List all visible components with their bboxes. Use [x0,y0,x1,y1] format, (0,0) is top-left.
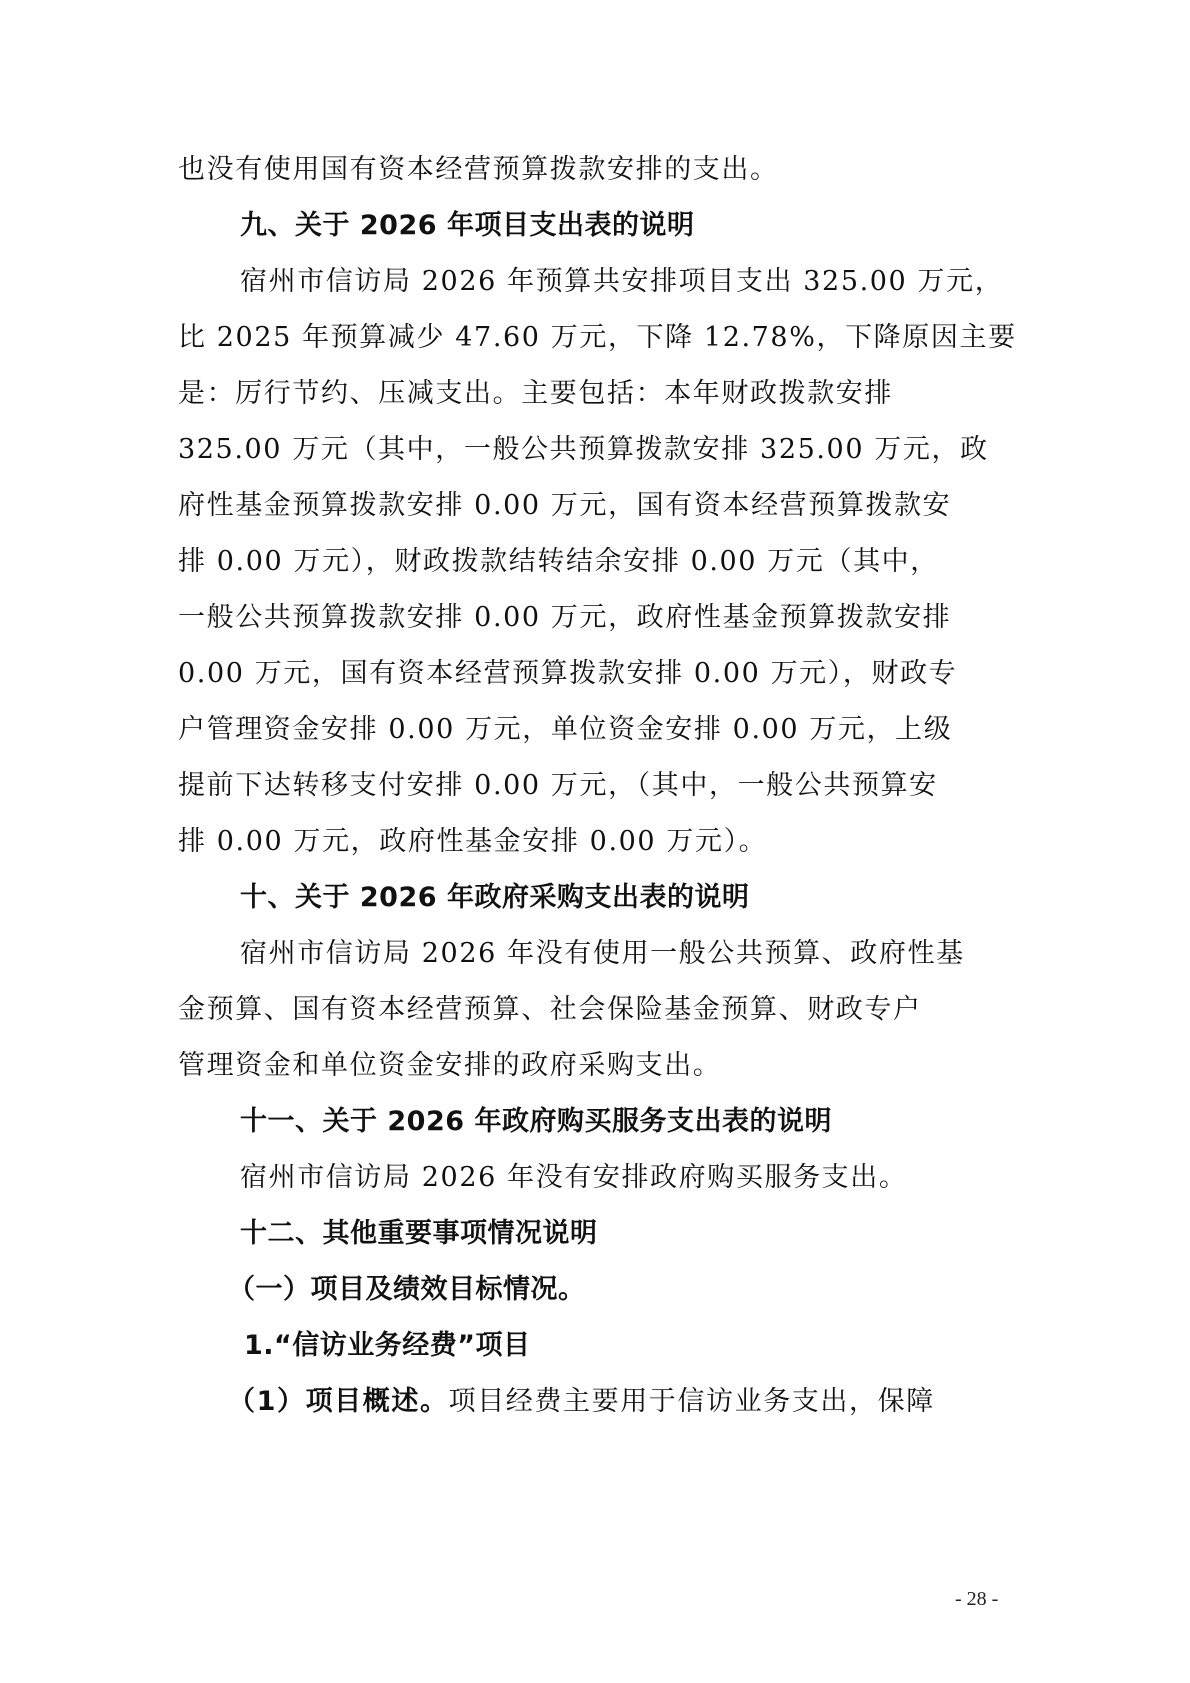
section-heading-9: 九、关于 2026 年项目支出表的说明 [240,208,1070,244]
paragraph-line: 府性基金预算拨款安排 0.00 万元，国有资本经营预算拨款安 [178,488,1008,524]
project-overview-label: （1）项目概述。 [228,1386,449,1417]
paragraph-line: 宿州市信访局 2026 年预算共安排项目支出 325.00 万元， [240,264,1070,300]
paragraph-line: 户管理资金安排 0.00 万元，单位资金安排 0.00 万元，上级 [178,712,1008,748]
section-heading-12: 十二、其他重要事项情况说明 [240,1216,1070,1252]
paragraph-line: 是：厉行节约、压减支出。主要包括：本年财政拨款安排 [178,376,1008,412]
project-overview-text: 项目经费主要用于信访业务支出，保障 [449,1386,935,1417]
paragraph-line: 一般公共预算拨款安排 0.00 万元，政府性基金预算拨款安排 [178,600,1008,636]
paragraph-line: 排 0.00 万元），财政拨款结转结余安排 0.00 万元（其中， [178,544,1008,580]
paragraph-line: 宿州市信访局 2026 年没有使用一般公共预算、政府性基 [240,936,1070,972]
section-heading-11: 十一、关于 2026 年政府购买服务支出表的说明 [240,1104,1070,1140]
paragraph-line: 管理资金和单位资金安排的政府采购支出。 [178,1048,1008,1084]
paragraph-line: 325.00 万元（其中，一般公共预算拨款安排 325.00 万元，政 [178,432,1008,468]
project-overview-line: （1）项目概述。项目经费主要用于信访业务支出，保障 [228,1384,1058,1420]
paragraph-line: 金预算、国有资本经营预算、社会保险基金预算、财政专户 [178,992,1008,1028]
paragraph-line: 也没有使用国有资本经营预算拨款安排的支出。 [178,152,1008,188]
document-page: 也没有使用国有资本经营预算拨款安排的支出。 九、关于 2026 年项目支出表的说… [0,0,1190,1683]
paragraph-line: 排 0.00 万元，政府性基金安排 0.00 万元）。 [178,824,1008,860]
page-number: - 28 - [955,1588,998,1611]
paragraph-line: 宿州市信访局 2026 年没有安排政府购买服务支出。 [240,1160,1070,1196]
paragraph-line: 0.00 万元，国有资本经营预算拨款安排 0.00 万元），财政专 [178,656,1008,692]
paragraph-line: 提前下达转移支付安排 0.00 万元，（其中，一般公共预算安 [178,768,1008,804]
subsection-heading: （一）项目及绩效目标情况。 [228,1272,1058,1308]
section-heading-10: 十、关于 2026 年政府采购支出表的说明 [240,880,1070,916]
paragraph-line: 比 2025 年预算减少 47.60 万元，下降 12.78%，下降原因主要 [178,320,1008,356]
project-heading: 1.“信访业务经费”项目 [244,1328,1074,1364]
